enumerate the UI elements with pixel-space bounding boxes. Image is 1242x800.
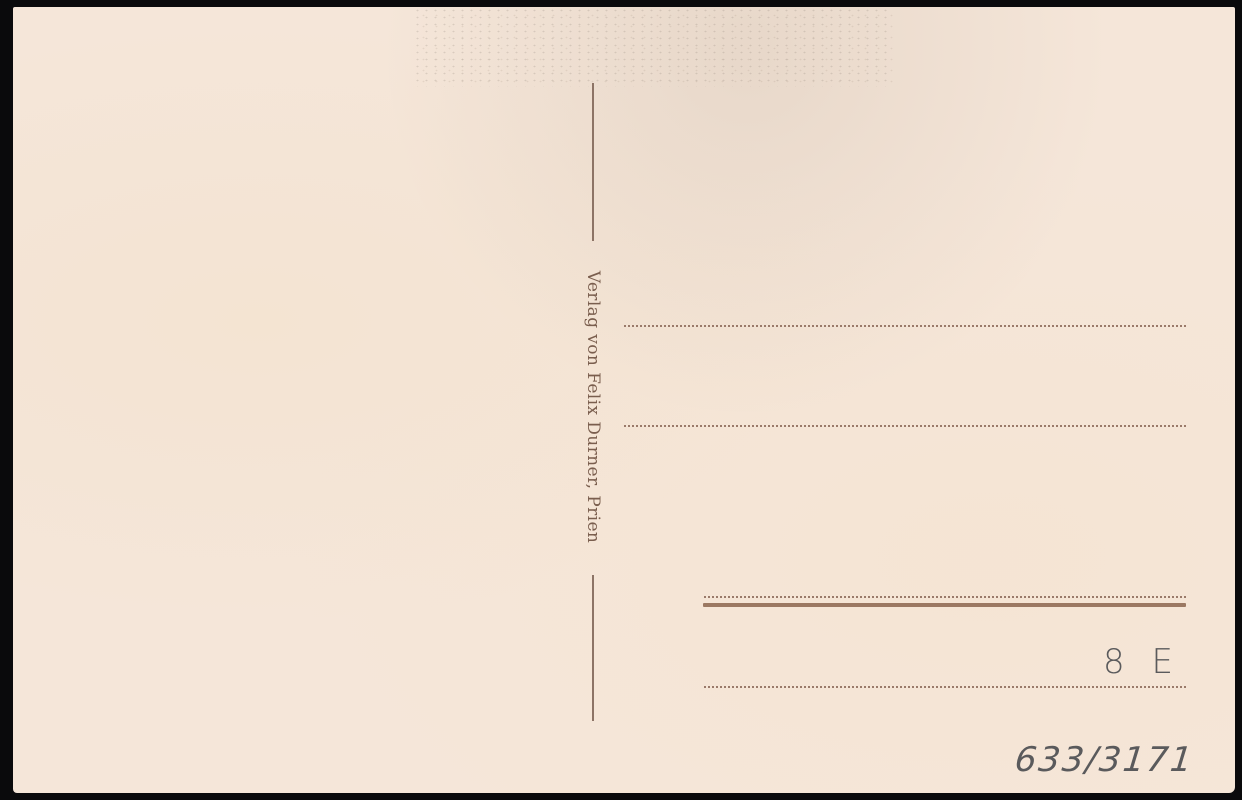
center-divider-top: [592, 83, 594, 241]
address-line-1: [624, 325, 1186, 327]
paper-texture-stain: [413, 7, 893, 87]
address-underline-rule: [703, 603, 1186, 607]
handwritten-grade-mark: 8 E: [1103, 642, 1181, 682]
address-line-3: [704, 596, 1186, 598]
address-line-4: [704, 686, 1186, 688]
address-line-2: [624, 425, 1186, 427]
postcard-back: Verlag von Felix Durner, Prien 8 E 633/3…: [13, 7, 1235, 793]
center-divider-bottom: [592, 575, 594, 721]
publisher-imprint: Verlag von Felix Durner, Prien: [583, 271, 603, 544]
handwritten-catalog-number: 633/3171: [1013, 740, 1196, 780]
